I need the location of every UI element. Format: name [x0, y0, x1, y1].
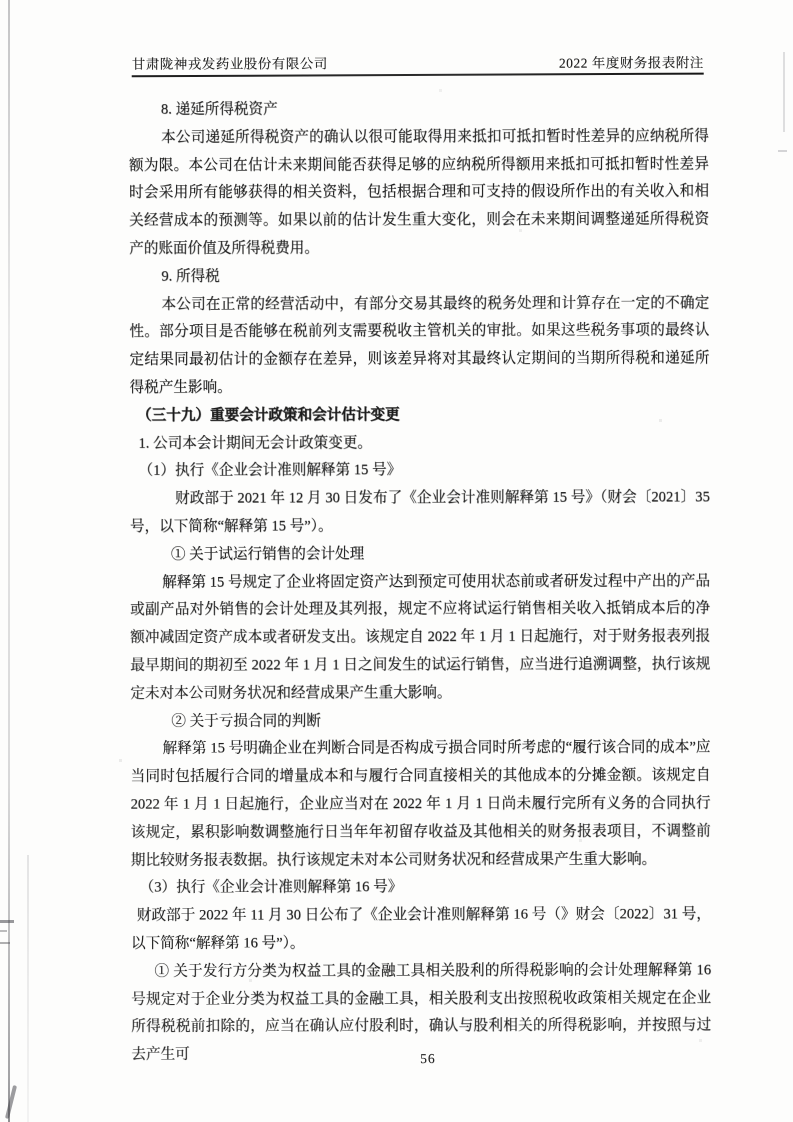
document-body: 8. 递延所得税资产本公司递延所得税资产的确认以很可能取得用来抵扣可抵扣暂时性差… — [129, 95, 712, 1069]
paragraph: （3）执行《企业会计准则解释第 16 号》 — [131, 873, 711, 902]
paragraph: 9. 所得税 — [129, 262, 709, 291]
scanned-page: 甘肃陇神戎发药业股份有限公司 2022 年度财务报表附注 8. 递延所得税资产本… — [0, 0, 793, 1122]
page-header: 甘肃陇神戎发药业股份有限公司 2022 年度财务报表附注 — [132, 51, 704, 72]
page-content: 甘肃陇神戎发药业股份有限公司 2022 年度财务报表附注 8. 递延所得税资产本… — [0, 0, 793, 1122]
paragraph: 财政部于 2021 年 12 月 30 日发布了《企业会计准则解释第 15 号》… — [130, 484, 710, 541]
page-footer: 56 — [1, 1049, 793, 1069]
paragraph: 1. 公司本会计期间无会计政策变更。 — [130, 429, 710, 458]
paragraph: （三十九）重要会计政策和会计估计变更 — [130, 401, 710, 430]
page-number: 56 — [420, 1051, 436, 1067]
paragraph: ② 关于亏损合同的判断 — [130, 707, 710, 736]
paragraph: 本公司在正常的经营活动中，有部分交易其最终的税务处理和计算存在一定的不确定性。部… — [129, 290, 709, 403]
paragraph: 解释第 15 号规定了企业将固定资产达到预定可使用状态前或者研发过程中产出的产品… — [130, 568, 710, 709]
paragraph: （1）执行《企业会计准则解释第 15 号》 — [130, 457, 710, 486]
paragraph: 解释第 15 号明确企业在判断合同是否构成亏损合同时所考虑的“履行该合同的成本”… — [130, 735, 710, 876]
paragraph: 8. 递延所得税资产 — [129, 95, 709, 124]
paragraph: 财政部于 2022 年 11 月 30 日公布了《企业会计准则解释第 16 号（… — [131, 901, 711, 958]
paragraph: 本公司递延所得税资产的确认以很可能取得用来抵扣可抵扣暂时性差异的应纳税所得额为限… — [129, 123, 709, 264]
company-name: 甘肃陇神戎发药业股份有限公司 — [132, 52, 328, 73]
report-title: 2022 年度财务报表附注 — [559, 51, 704, 71]
paragraph: ① 关于试运行销售的会计处理 — [130, 540, 710, 569]
header-divider — [132, 73, 704, 78]
